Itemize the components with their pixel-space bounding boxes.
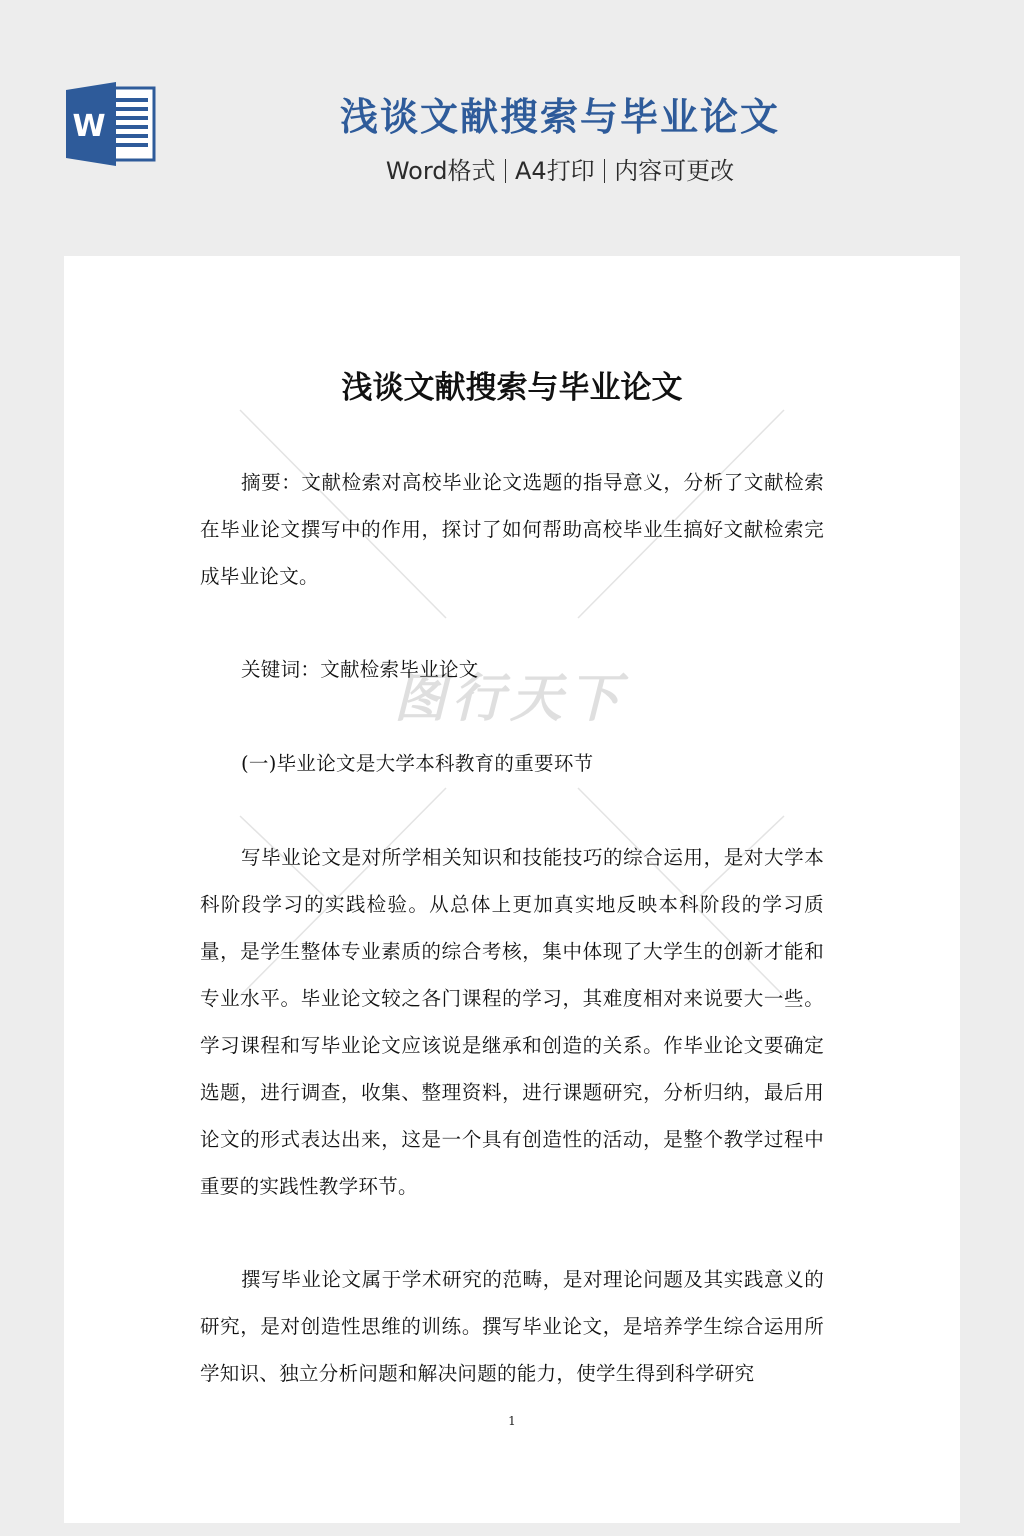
format-label: Word格式 — [386, 157, 496, 185]
page-number: 1 — [64, 1414, 960, 1428]
page-header: W 浅谈文献搜索与毕业论文 Word格式A4打印内容可更改 — [0, 0, 1024, 256]
abstract-paragraph: 摘要：文献检索对高校毕业论文选题的指导意义，分析了文献检索在毕业论文撰写中的作用… — [200, 459, 824, 600]
separator — [505, 159, 507, 183]
document-title: 浅谈文献搜索与毕业论文 — [200, 366, 824, 410]
body-paragraph: 撰写毕业论文属于学术研究的范畴，是对理论问题及其实践意义的研究，是对创造性思维的… — [200, 1256, 824, 1397]
svg-text:W: W — [72, 109, 105, 144]
word-document-icon: W — [64, 80, 158, 166]
body-paragraph: 写毕业论文是对所学相关知识和技能技巧的综合运用，是对大学本科阶段学习的实践检验。… — [200, 834, 824, 1210]
print-label: A4打印 — [515, 157, 595, 185]
header-title: 浅谈文献搜索与毕业论文 — [300, 92, 820, 142]
header-subtitle: Word格式A4打印内容可更改 — [300, 152, 820, 190]
section-heading: (一)毕业论文是大学本科教育的重要环节 — [200, 740, 824, 787]
editable-label: 内容可更改 — [614, 157, 734, 185]
document-page: 图行天下 浅谈文献搜索与毕业论文 摘要：文献检索对高校毕业论文选题的指导意义，分… — [64, 256, 960, 1523]
separator — [604, 159, 606, 183]
keywords-line: 关键词：文献检索毕业论文 — [200, 646, 824, 693]
